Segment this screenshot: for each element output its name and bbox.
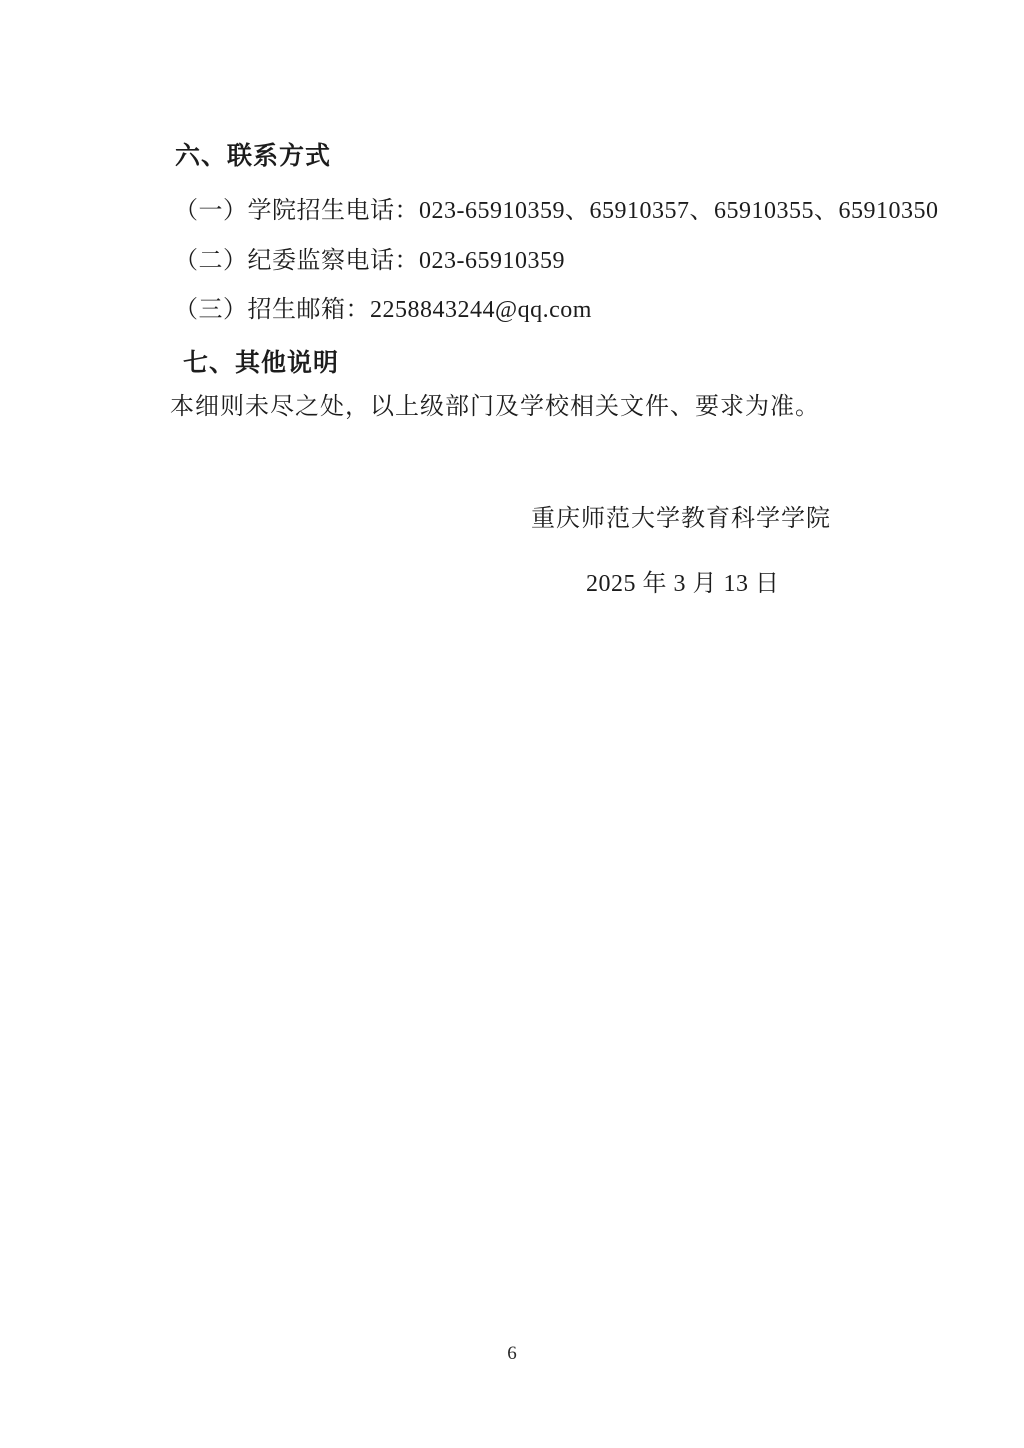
contact-item-admission-phone: （一）学院招生电话：023-65910359、65910357、65910355… bbox=[174, 190, 939, 225]
signature-organization: 重庆师范大学教育科学学院 bbox=[531, 498, 831, 533]
section-heading-contact-info: 六、联系方式 bbox=[175, 136, 331, 172]
contact-item-admission-email: （三）招生邮箱：2258843244@qq.com bbox=[174, 289, 592, 324]
contact-item-discipline-phone: （二）纪委监察电话：023-65910359 bbox=[174, 240, 565, 275]
other-notes-text: 本细则未尽之处，以上级部门及学校相关文件、要求为准。 bbox=[170, 386, 820, 421]
signature-date: 2025 年 3 月 13 日 bbox=[586, 563, 780, 598]
section-heading-other-notes: 七、其他说明 bbox=[183, 343, 339, 379]
document-page: 六、联系方式 （一）学院招生电话：023-65910359、65910357、6… bbox=[0, 0, 1024, 1448]
page-number: 6 bbox=[0, 1343, 1024, 1365]
